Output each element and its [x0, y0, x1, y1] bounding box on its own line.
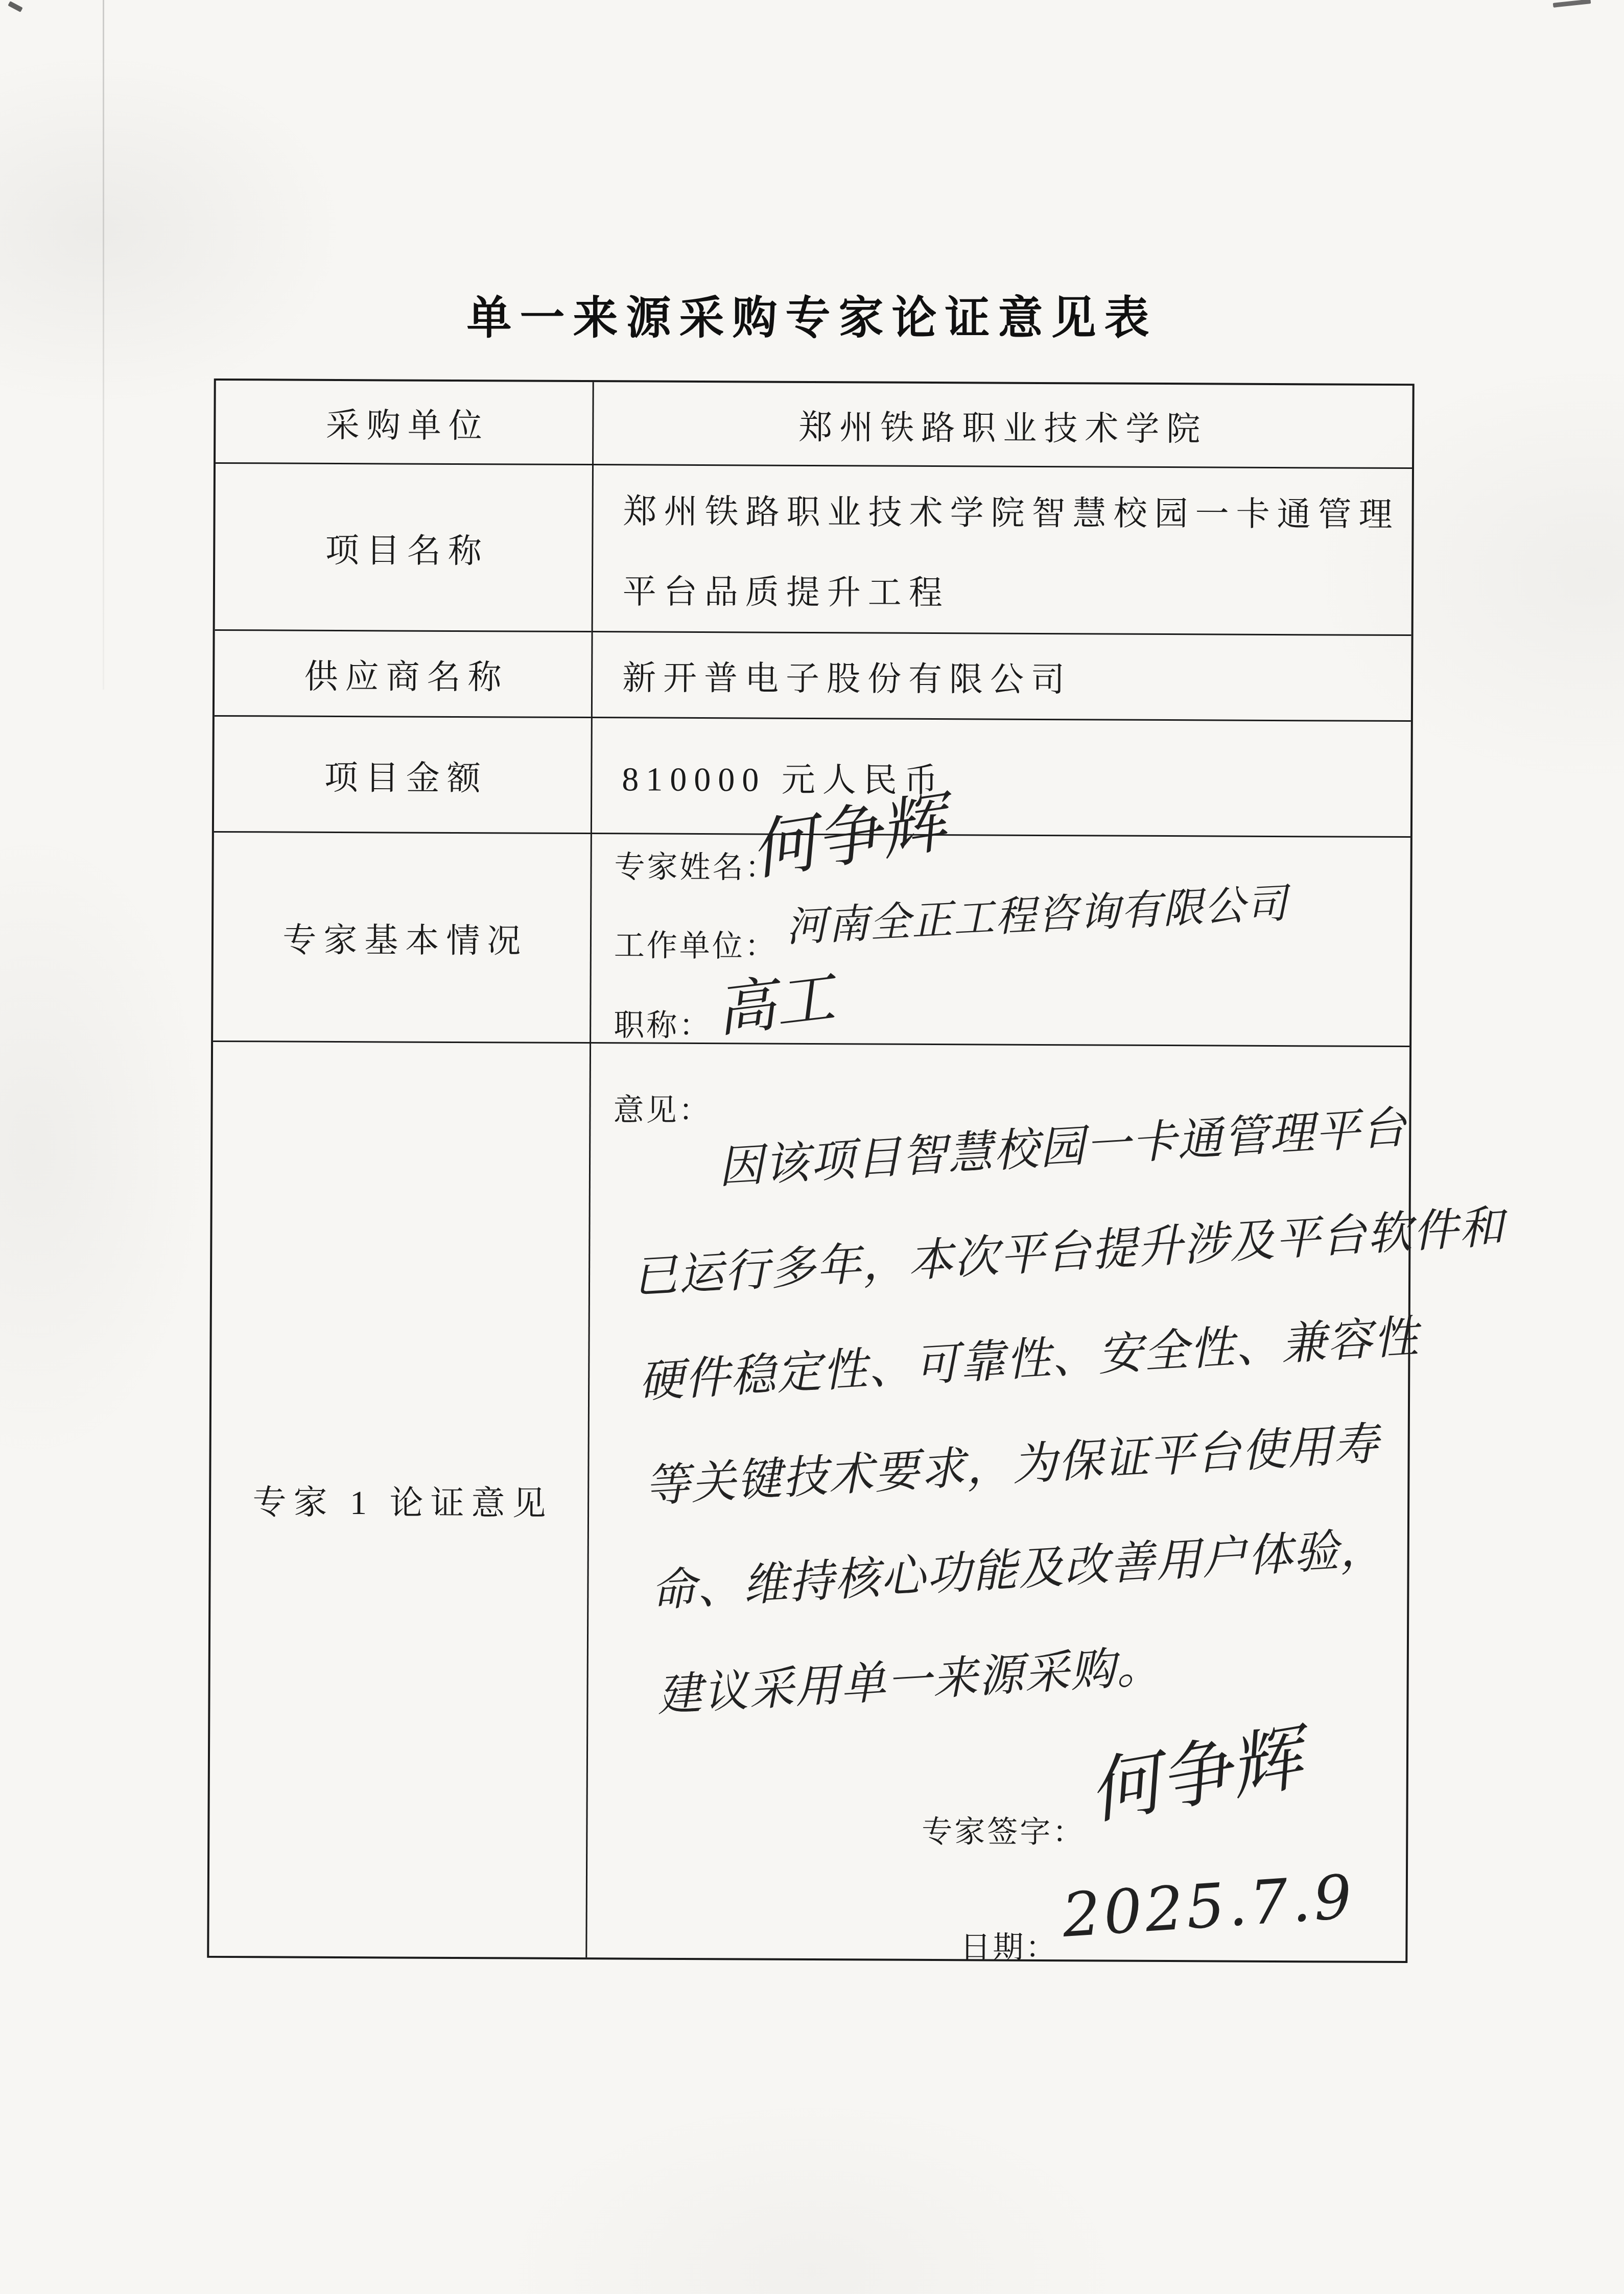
- scanned-document-page: 单一来源采购专家论证意见表 采购单位 郑州铁路职业技术学院 项目名称 郑州铁路职…: [0, 0, 1624, 2294]
- expert-signature-label: 专家签字：: [922, 1807, 1085, 1852]
- purchaser-value: 郑州铁路职业技术学院: [592, 382, 1413, 467]
- expert-info-value-cell: 专家姓名： 何争辉 工作单位： 河南全正工程咨询有限公司 职称： 高工: [590, 833, 1410, 1046]
- scan-artifact-speck: [1553, 0, 1591, 8]
- date-handwritten: 2025.7.9: [1060, 1861, 1357, 1951]
- document-title: 单一来源采购专家论证意见表: [0, 282, 1624, 346]
- scan-artifact-speck: [8, 1, 22, 12]
- project-name-label-cell: 项目名称: [215, 462, 592, 631]
- expert-signature-handwritten: 何争辉: [1080, 1701, 1309, 1838]
- amount-label-cell: 项目金额: [214, 715, 591, 833]
- project-name-value-cell: 郑州铁路职业技术学院智慧校园一卡通管理 平台品质提升工程: [592, 464, 1412, 634]
- purchaser-label-cell: 采购单位: [216, 381, 593, 464]
- opinion-handwritten-text: 因该项目智慧校园一卡通管理平台 已运行多年，本次平台提升涉及平台软件和 硬件稳定…: [623, 1075, 1435, 1748]
- opinion-value-cell: 意见： 因该项目智慧校园一卡通管理平台 已运行多年，本次平台提升涉及平台软件和 …: [585, 1042, 1409, 1961]
- project-value-line-1: 郑州铁路职业技术学院智慧校园一卡通管理: [623, 484, 1411, 536]
- opinion-label-cell: 专家 1 论证意见: [209, 1040, 590, 1957]
- project-value-line-2: 平台品质提升工程: [623, 564, 1411, 616]
- amount-value: 810000 元人民币: [591, 717, 1411, 836]
- expert-info-label-cell: 专家基本情况: [213, 831, 591, 1042]
- expert-title-handwritten: 高工: [711, 950, 839, 1048]
- expert-org-handwritten: 河南全正工程咨询有限公司: [784, 870, 1289, 953]
- expert-title-label: 职称：: [614, 1001, 712, 1045]
- supplier-label-cell: 供应商名称: [215, 629, 592, 717]
- date-label: 日期：: [960, 1923, 1058, 1967]
- form-table: 采购单位 郑州铁路职业技术学院 项目名称 郑州铁路职业技术学院智慧校园一卡通管理…: [207, 379, 1414, 1963]
- supplier-value: 新开普电子股份有限公司: [591, 631, 1411, 720]
